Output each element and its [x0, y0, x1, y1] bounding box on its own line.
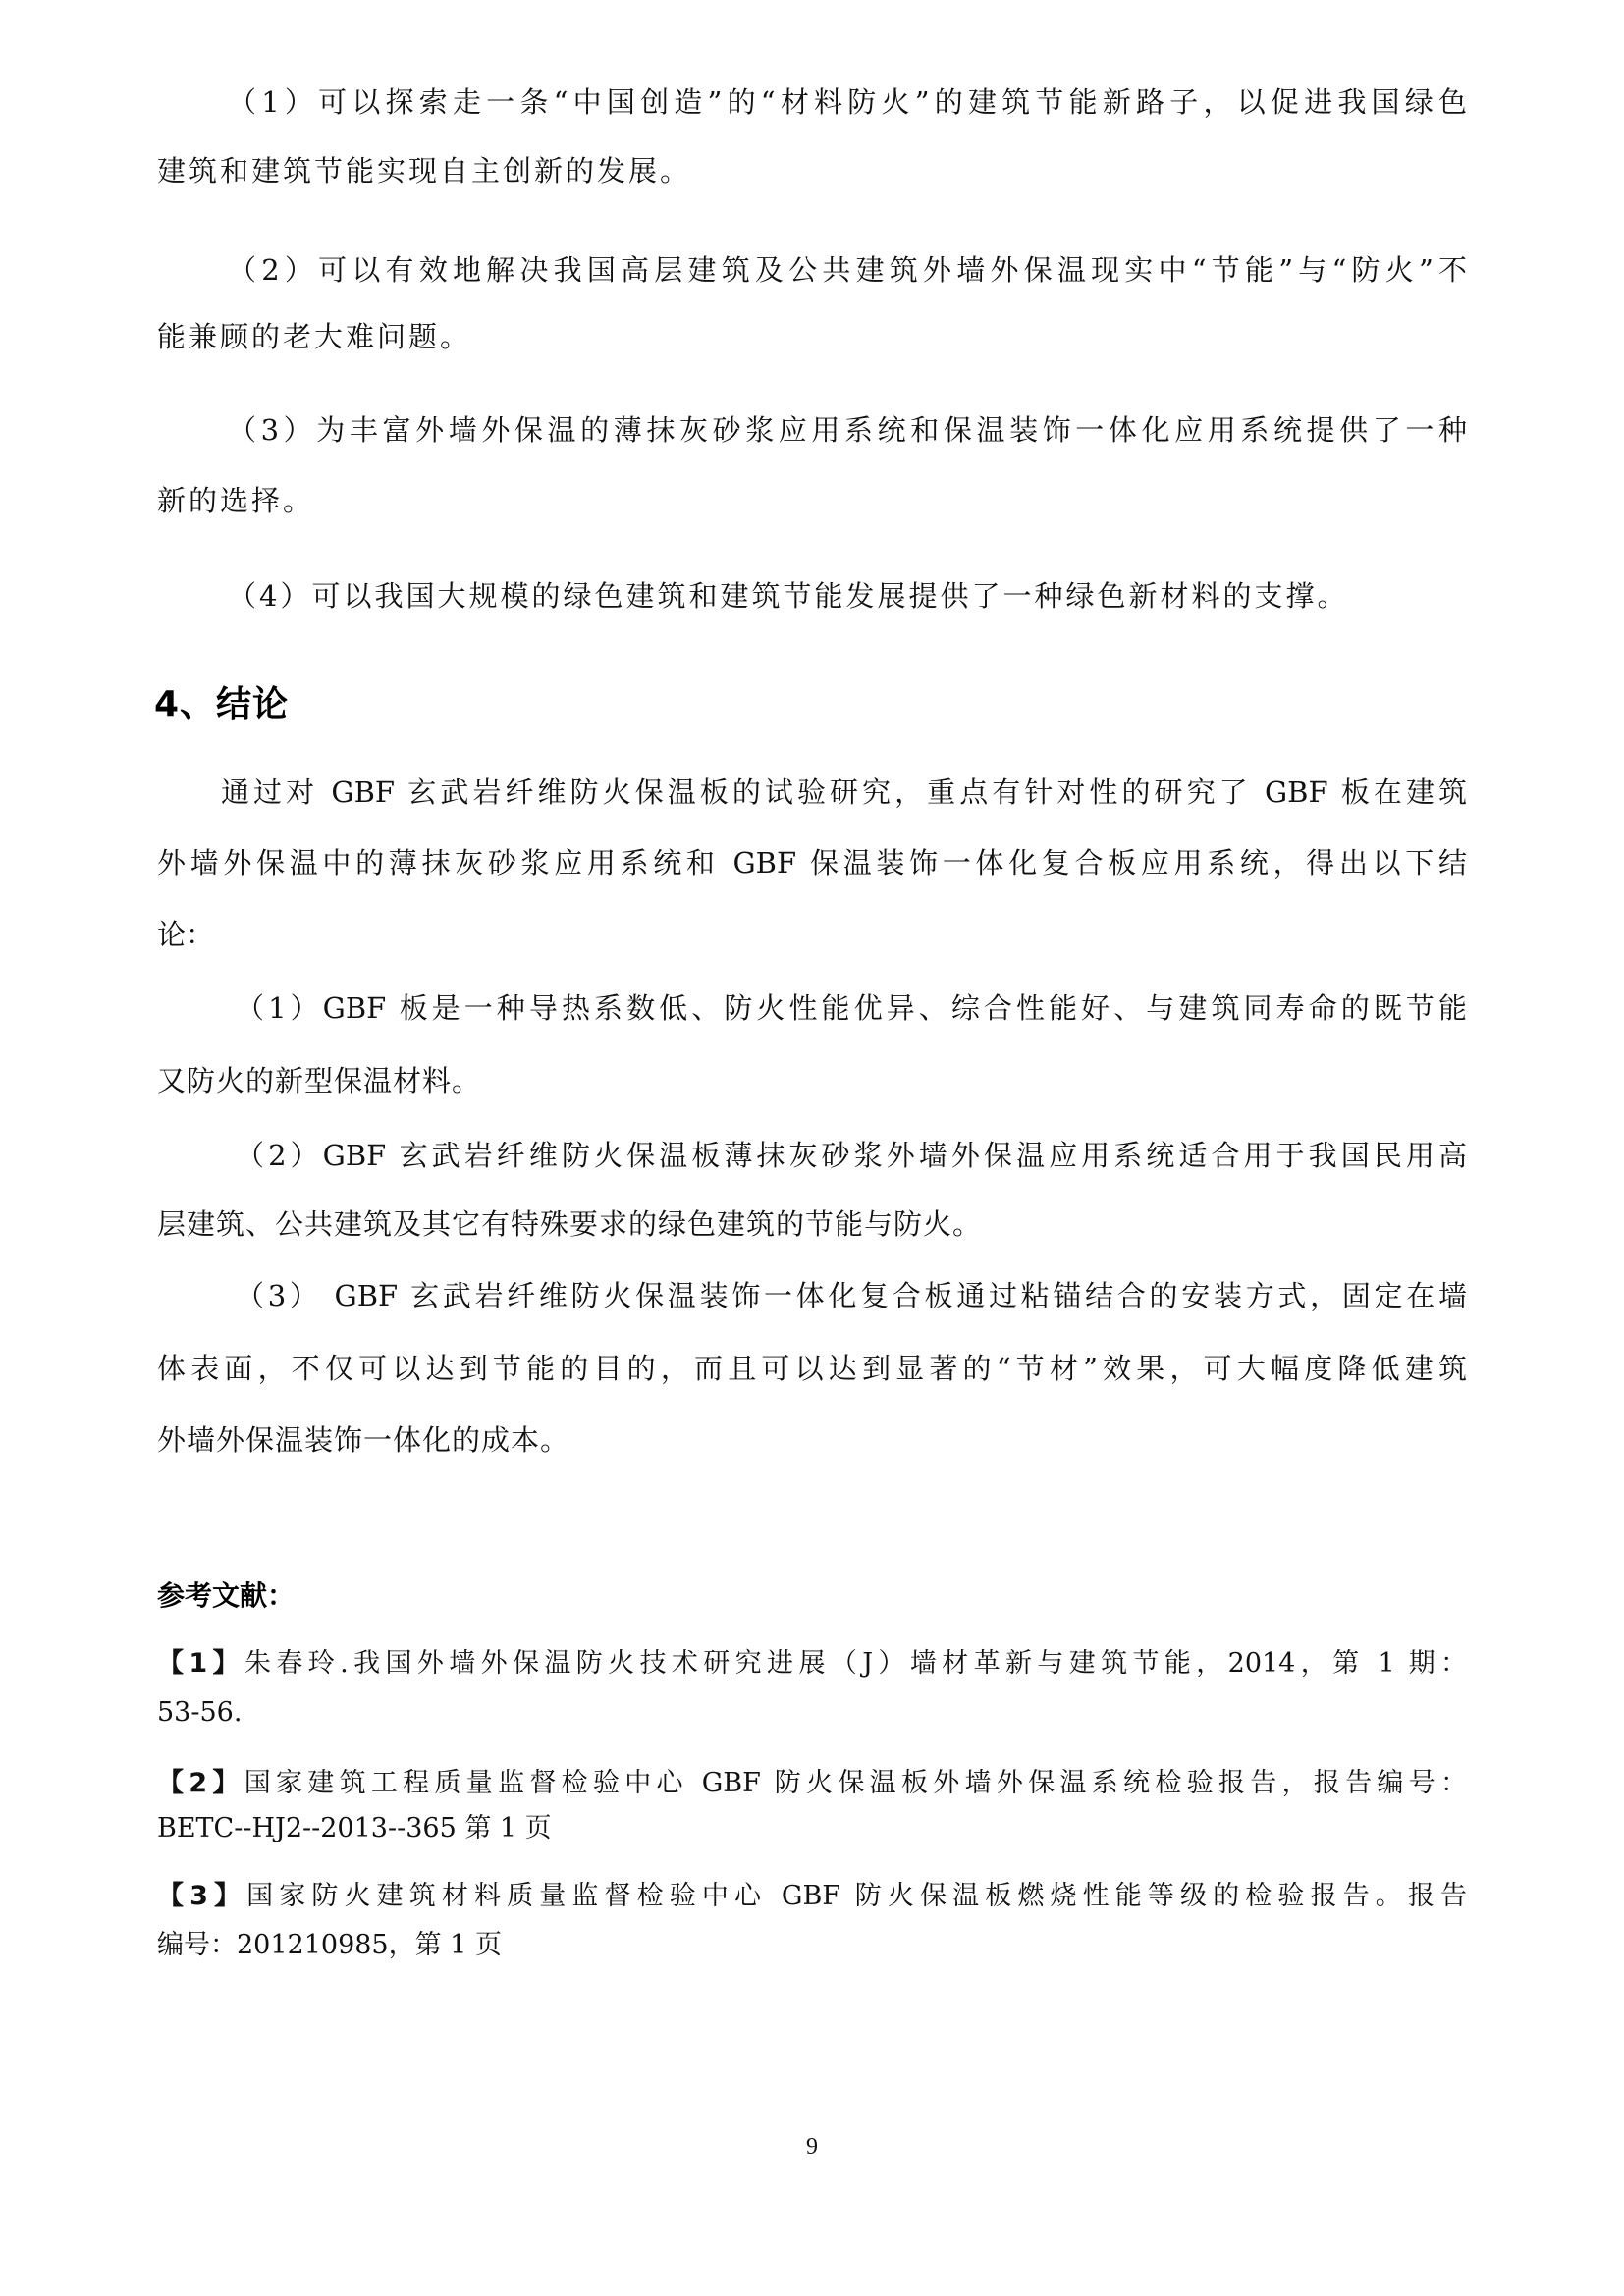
benefit-item-1-line-1: （1）可以探索走一条“中国创造”的“材料防火”的建筑节能新路子，以促进我国绿色: [228, 84, 1467, 120]
conclusion-item-3-line-2: 体表面，不仅可以达到节能的目的，而且可以达到显著的“节材”效果，可大幅度降低建筑: [157, 1351, 1467, 1386]
conclusion-intro-line-1: 通过对 GBF 玄武岩纤维防火保温板的试验研究，重点有针对性的研究了 GBF 板…: [221, 774, 1467, 810]
benefit-item-2-line-1: （2）可以有效地解决我国高层建筑及公共建筑外墙外保温现实中“节能”与“防火”不: [228, 252, 1467, 288]
reference-3-marker: 【3】: [157, 1881, 246, 1911]
reference-2-marker: 【2】: [157, 1768, 244, 1798]
reference-2-line-1: 【2】国家建筑工程质量监督检验中心 GBF 防火保温板外墙外保温系统检验报告，报…: [157, 1767, 1467, 1800]
page-number: 9: [797, 2132, 827, 2162]
conclusion-item-1-line-1: （1）GBF 板是一种导热系数低、防火性能优异、综合性能好、与建筑同寿命的既节能: [236, 990, 1467, 1026]
conclusion-intro-line-2: 外墙外保温中的薄抹灰砂浆应用系统和 GBF 保温装饰一体化复合板应用系统，得出以…: [157, 845, 1467, 881]
benefit-item-3-line-1: （3）为丰富外墙外保温的薄抹灰砂浆应用系统和保温装饰一体化应用系统提供了一种: [228, 412, 1467, 448]
reference-3-text: 国家防火建筑材料质量监督检验中心 GBF 防火保温板燃烧性能等级的检验报告。报告: [246, 1881, 1467, 1911]
document-page: （1）可以探索走一条“中国创造”的“材料防火”的建筑节能新路子，以促进我国绿色 …: [0, 0, 1624, 2296]
benefit-item-2-line-2: 能兼顾的老大难问题。: [157, 319, 471, 354]
conclusion-item-1-line-2: 又防火的新型保温材料。: [157, 1063, 481, 1098]
conclusion-item-3-line-3: 外墙外保温装饰一体化的成本。: [157, 1422, 569, 1458]
conclusion-intro-line-3: 论：: [157, 917, 214, 952]
reference-3-line-1: 【3】国家防火建筑材料质量监督检验中心 GBF 防火保温板燃烧性能等级的检验报告…: [157, 1880, 1467, 1913]
reference-2-text: 国家建筑工程质量监督检验中心 GBF 防火保温板外墙外保温系统检验报告，报告编号…: [244, 1768, 1467, 1798]
references-title: 参考文献：: [157, 1578, 295, 1614]
reference-1-line-2: 53-56.: [157, 1696, 242, 1730]
reference-3-line-2: 编号：201210985，第 1 页: [157, 1929, 502, 1962]
reference-1-marker: 【1】: [157, 1648, 244, 1679]
benefit-item-4-line-1: （4）可以我国大规模的绿色建筑和建筑节能发展提供了一种绿色新材料的支撑。: [228, 578, 1348, 614]
conclusion-item-3-line-1: （3） GBF 玄武岩纤维防火保温装饰一体化复合板通过粘锚结合的安装方式，固定在…: [236, 1278, 1467, 1313]
reference-1-text: 朱春玲.我国外墙外保温防火技术研究进展（J）墙材革新与建筑节能，2014，第 1…: [244, 1648, 1467, 1679]
benefit-item-3-line-2: 新的选择。: [157, 483, 314, 518]
conclusion-item-2-line-2: 层建筑、公共建筑及其它有特殊要求的绿色建筑的节能与防火。: [157, 1206, 982, 1242]
reference-1-line-1: 【1】朱春玲.我国外墙外保温防火技术研究进展（J）墙材革新与建筑节能，2014，…: [157, 1647, 1467, 1681]
conclusion-item-2-line-1: （2）GBF 玄武岩纤维防火保温板薄抹灰砂浆外墙外保温应用系统适合用于我国民用高: [236, 1138, 1467, 1173]
section-heading-conclusion: 4、结论: [154, 684, 289, 725]
benefit-item-1-line-2: 建筑和建筑节能实现自主创新的发展。: [157, 153, 691, 188]
reference-2-line-2: BETC--HJ2--2013--365 第 1 页: [157, 1812, 552, 1845]
